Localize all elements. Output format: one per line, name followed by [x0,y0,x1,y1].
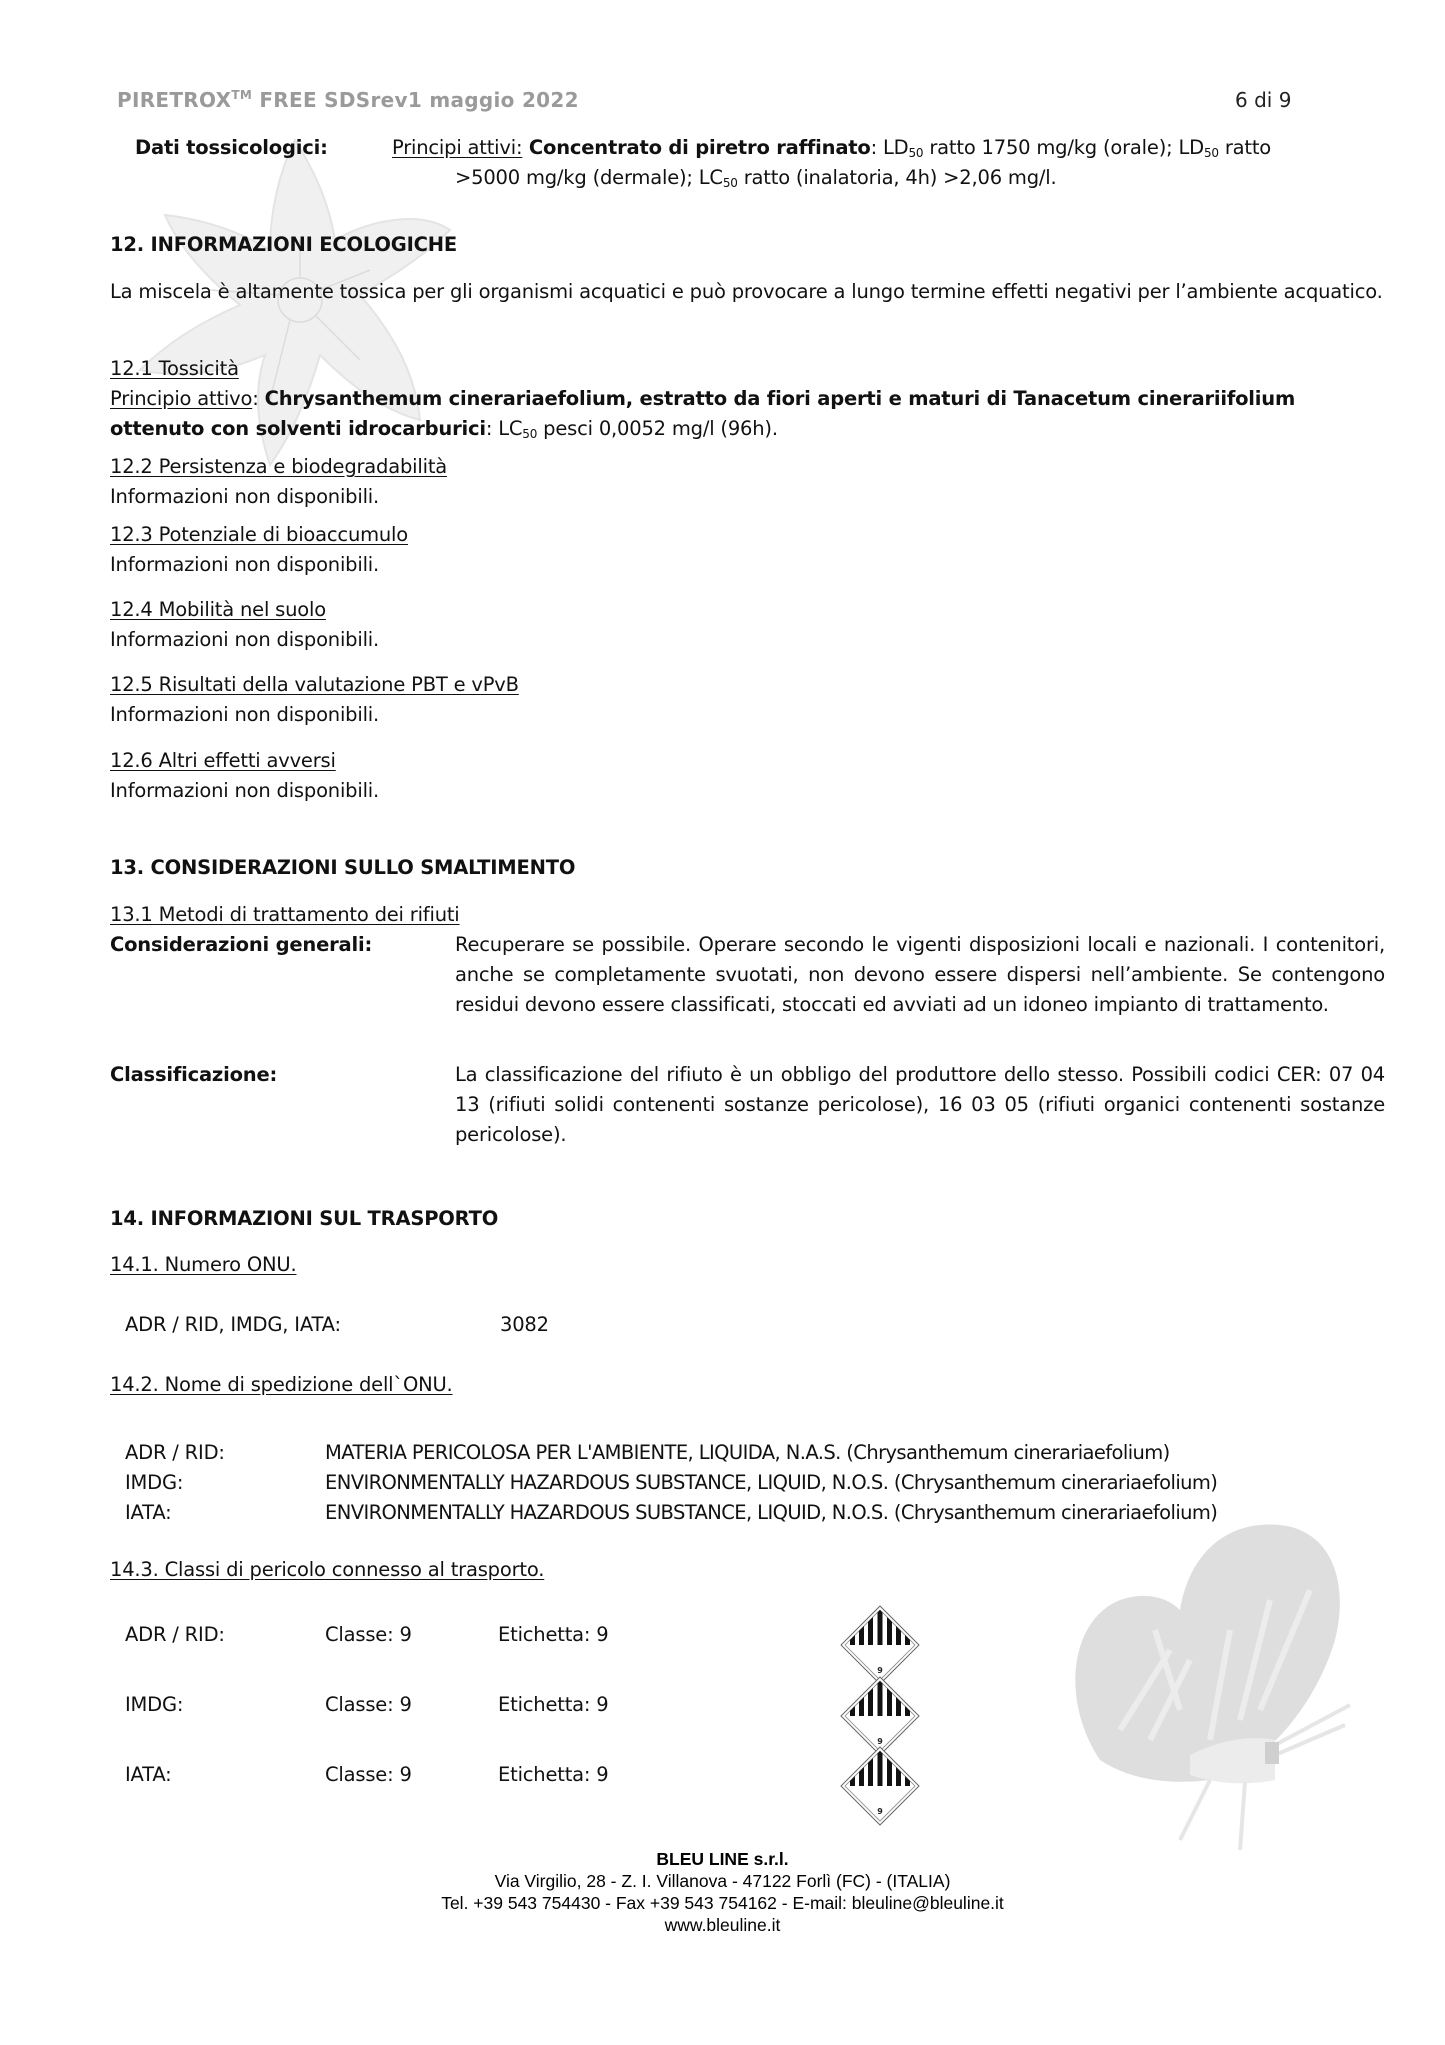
section-13-title: 13. CONSIDERAZIONI SULLO SMALTIMENTO [110,853,575,883]
section-12-title: 12. INFORMAZIONI ECOLOGICHE [110,230,457,260]
section-14-title: 14. INFORMAZIONI SUL TRASPORTO [110,1204,498,1234]
company-footer: BLEU LINE s.r.l. Via Virgilio, 28 - Z. I… [0,1848,1445,1936]
section-14-1-title: 14.1. Numero ONU. [110,1250,296,1280]
label-value-iata: Etichetta: 9 [498,1760,608,1790]
product-name: PIRETROX [117,88,231,112]
page-number: 6 di 9 [1235,88,1291,112]
section-13-1-title: 13.1 Metodi di trattamento dei rifiuti [110,900,460,930]
section-12-1-text: Principio attivo: Chrysanthemum cinerari… [110,384,1340,449]
trademark: TM [231,88,252,102]
label-value-adr: Etichetta: 9 [498,1620,608,1650]
shipping-mode-iata: IATA: [125,1498,172,1528]
hazard-class-9-icon: 9 [840,1676,920,1756]
hazard-class-9-icon: 9 [840,1605,920,1685]
hazard-class-9-icon: 9 [840,1746,920,1826]
class-mode-iata: IATA: [125,1760,172,1790]
class-mode-imdg: IMDG: [125,1690,183,1720]
subsection-12-4: 12.4 Mobilità nel suolo Informazioni non… [110,595,379,655]
un-number-value: 3082 [500,1310,549,1340]
subsection-12-2: 12.2 Persistenza e biodegradabilità Info… [110,452,447,512]
un-number-label: ADR / RID, IMDG, IATA: [125,1310,341,1340]
shipping-name-imdg: ENVIRONMENTALLY HAZARDOUS SUBSTANCE, LIQ… [325,1468,1217,1498]
active-ingredients-label: Principi attivi: [392,136,522,159]
subsection-12-5: 12.5 Risultati della valutazione PBT e v… [110,670,519,730]
subsection-12-6: 12.6 Altri effetti avversi Informazioni … [110,746,379,806]
section-14-3-title: 14.3. Classi di pericolo connesso al tra… [110,1555,544,1585]
svg-text:9: 9 [877,1807,883,1816]
tox-data-label: Dati tossicologici: [135,133,328,163]
classification-label: Classificazione: [110,1060,277,1090]
company-contacts: Tel. +39 543 754430 - Fax +39 543 754162… [0,1892,1445,1914]
shipping-name-iata: ENVIRONMENTALLY HAZARDOUS SUBSTANCE, LIQ… [325,1498,1217,1528]
butterfly-watermark-icon [1060,1510,1400,1860]
company-name: BLEU LINE s.r.l. [0,1848,1445,1870]
section-14-2-title: 14.2. Nome di spedizione dell`ONU. [110,1370,453,1400]
class-mode-adr: ADR / RID: [125,1620,225,1650]
active-ingredient-name: Concentrato di piretro raffinato [522,136,870,159]
shipping-mode-adr: ADR / RID: [125,1438,225,1468]
section-12-intro: La miscela è altamente tossica per gli o… [110,277,1385,307]
shipping-mode-imdg: IMDG: [125,1468,183,1498]
class-value-adr: Classe: 9 [325,1620,412,1650]
general-considerations-text: Recuperare se possibile. Operare secondo… [455,930,1385,1020]
classification-text: La classificazione del rifiuto è un obbl… [455,1060,1385,1150]
tox-data-line2: >5000 mg/kg (dermale); LC50 ratto (inala… [455,163,1056,198]
label-value-imdg: Etichetta: 9 [498,1690,608,1720]
class-value-imdg: Classe: 9 [325,1690,412,1720]
svg-text:9: 9 [877,1737,883,1746]
subsection-12-3: 12.3 Potenziale di bioaccumulo Informazi… [110,520,408,580]
document-header: PIRETROXTM FREE SDSrev1 maggio 2022 [117,88,579,112]
general-considerations-label: Considerazioni generali: [110,930,372,960]
class-value-iata: Classe: 9 [325,1760,412,1790]
shipping-name-adr: MATERIA PERICOLOSA PER L'AMBIENTE, LIQUI… [325,1438,1170,1468]
document-revision: FREE SDSrev1 maggio 2022 [252,88,579,112]
svg-text:9: 9 [877,1666,883,1675]
company-website: www.bleuline.it [0,1914,1445,1936]
section-12-1-title: 12.1 Tossicità [110,354,239,384]
company-address: Via Virgilio, 28 - Z. I. Villanova - 471… [0,1870,1445,1892]
